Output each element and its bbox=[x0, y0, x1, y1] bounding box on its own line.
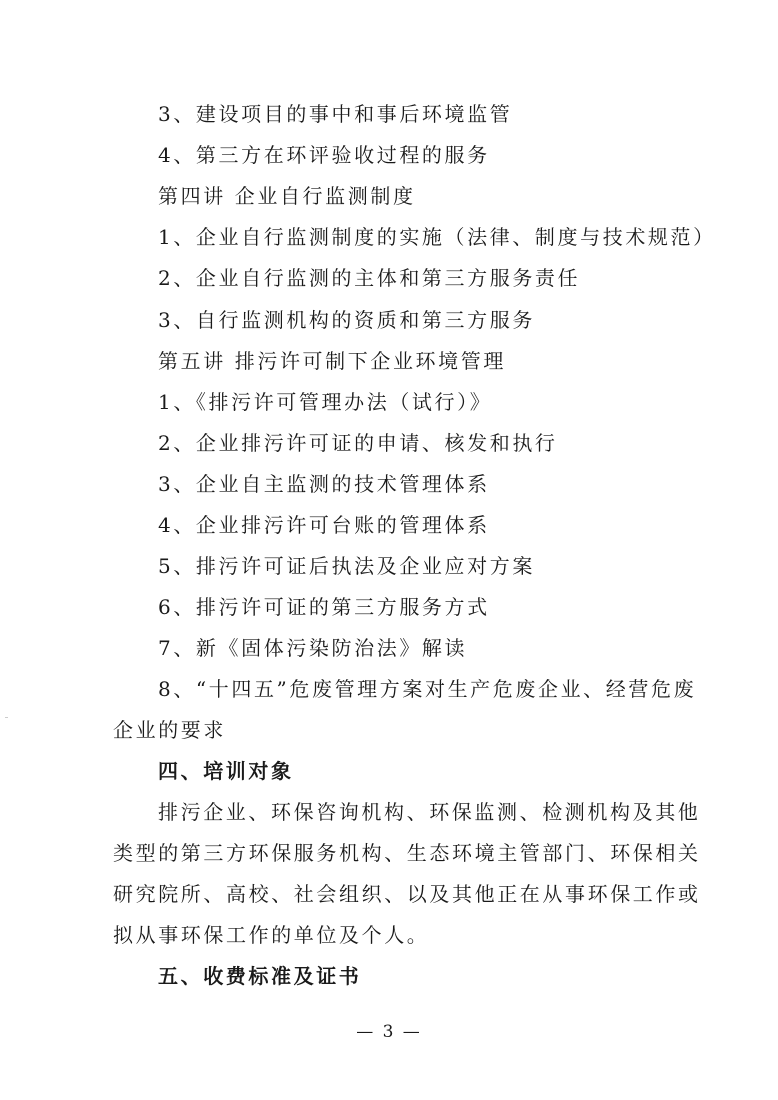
text-line: 3、建设项目的事中和事后环境监管 bbox=[158, 101, 512, 127]
text-line: 3、企业自主监测的技术管理体系 bbox=[158, 471, 490, 497]
text-line: 第五讲 排污许可制下企业环境管理 bbox=[158, 348, 506, 374]
text-line: 排污企业、环保咨询机构、环保监测、检测机构及其他 bbox=[158, 799, 700, 825]
text-line: 7、新《固体污染防治法》解读 bbox=[158, 635, 467, 661]
text-line: 4、企业排污许可台账的管理体系 bbox=[158, 512, 490, 538]
scan-artifact bbox=[5, 717, 8, 718]
page-number: — 3 — bbox=[0, 1022, 778, 1042]
text-line: 4、第三方在环评验收过程的服务 bbox=[158, 142, 490, 168]
text-line: 6、排污许可证的第三方服务方式 bbox=[158, 594, 490, 620]
text-line: 3、自行监测机构的资质和第三方服务 bbox=[158, 307, 535, 333]
section-heading: 四、培训对象 bbox=[158, 758, 294, 784]
text-line: 8、“十四五”危废管理方案对生产危废企业、经营危废 bbox=[158, 676, 696, 702]
text-line: 研究院所、高校、社会组织、以及其他正在从事环保工作或 bbox=[113, 881, 701, 907]
document-page: 3、建设项目的事中和事后环境监管4、第三方在环评验收过程的服务第四讲 企业自行监… bbox=[0, 0, 778, 1100]
text-line: 1、企业自行监测制度的实施（法律、制度与技术规范） bbox=[158, 224, 716, 250]
text-line: 5、排污许可证后执法及企业应对方案 bbox=[158, 553, 535, 579]
text-line: 拟从事环保工作的单位及个人。 bbox=[113, 922, 429, 948]
text-line: 1、《排污许可管理办法（试行）》 bbox=[158, 389, 492, 415]
section-heading: 五、收费标准及证书 bbox=[158, 963, 361, 989]
text-line: 第四讲 企业自行监测制度 bbox=[158, 183, 416, 209]
text-line: 类型的第三方环保服务机构、生态环境主管部门、环保相关 bbox=[113, 840, 701, 866]
text-line: 2、企业自行监测的主体和第三方服务责任 bbox=[158, 265, 580, 291]
text-line: 企业的要求 bbox=[113, 717, 226, 743]
text-line: 2、企业排污许可证的申请、核发和执行 bbox=[158, 430, 558, 456]
